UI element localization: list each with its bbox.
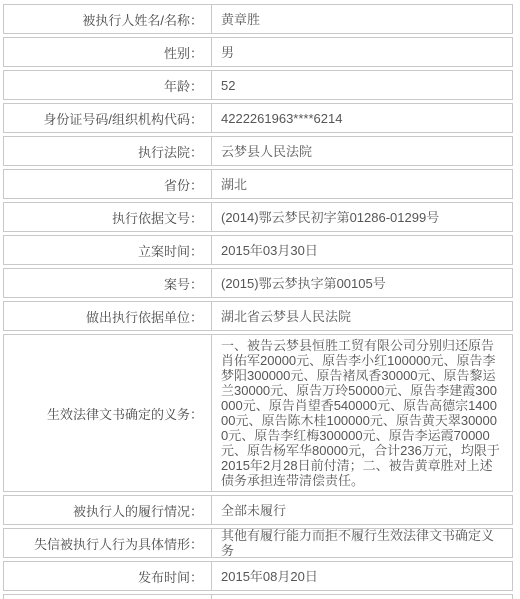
row-value: 其他有履行能力而拒不履行生效法律文书确定义务 bbox=[212, 529, 512, 557]
table-row-gender: 性别： 男 bbox=[3, 37, 513, 67]
row-value: 男 bbox=[212, 38, 512, 66]
row-value: 2015年08月20日 bbox=[212, 562, 512, 573]
row-label: 做出执行依据单位： bbox=[4, 302, 212, 330]
table-row-obligations: 生效法律文书确定的义务： 一、被告云梦县恒胜工贸有限公司分别归还原告肖佑军200… bbox=[3, 334, 513, 492]
row-label: 发布时间： bbox=[4, 562, 212, 573]
table-row-filing-date: 立案时间： 2015年03月30日 bbox=[3, 235, 513, 265]
row-label: 执行依据文号： bbox=[4, 203, 212, 231]
row-value: 湖北省云梦县人民法院 bbox=[212, 302, 512, 330]
row-label: 性别： bbox=[4, 38, 212, 66]
table-row-performance-status: 被执行人的履行情况： 全部未履行 bbox=[3, 495, 513, 525]
row-value: 黄章胜 bbox=[212, 5, 512, 33]
row-value: 52 bbox=[212, 71, 512, 99]
table-row-id-number: 身份证号码/组织机构代码： 4222261963****6214 bbox=[3, 103, 513, 133]
row-value: 云梦县人民法院 bbox=[212, 137, 512, 165]
row-label: 被执行人姓名/名称： bbox=[4, 5, 212, 33]
table-row-dishonest-conduct: 失信被执行人行为具体情形： 其他有履行能力而拒不履行生效法律文书确定义务 bbox=[3, 528, 513, 558]
row-label: 身份证号码/组织机构代码： bbox=[4, 104, 212, 132]
row-label: 生效法律文书确定的义务： bbox=[4, 335, 212, 491]
row-value: 2015年03月30日 bbox=[212, 236, 512, 264]
table-row-case-number: 案号： (2015)鄂云梦执字第00105号 bbox=[3, 268, 513, 298]
row-label: 案号： bbox=[4, 269, 212, 297]
row-value: 湖北 bbox=[212, 170, 512, 198]
row-label: 年龄： bbox=[4, 71, 212, 99]
table-row-basis-doc-number: 执行依据文号： (2014)鄂云梦民初字第01286-01299号 bbox=[3, 202, 513, 232]
table-row-publish-date: 发布时间： 2015年08月20日 bbox=[3, 561, 513, 573]
row-label: 被执行人的履行情况： bbox=[4, 496, 212, 524]
table-row-basis-issuing-unit: 做出执行依据单位： 湖北省云梦县人民法院 bbox=[3, 301, 513, 331]
table-row-age: 年龄： 52 bbox=[3, 70, 513, 100]
row-value: 4222261963****6214 bbox=[212, 104, 512, 132]
row-label: 失信被执行人行为具体情形： bbox=[4, 529, 212, 557]
table-row-court: 执行法院： 云梦县人民法院 bbox=[3, 136, 513, 166]
row-value: 一、被告云梦县恒胜工贸有限公司分别归还原告肖佑军20000元、原告李小红1000… bbox=[212, 335, 512, 491]
row-value: 全部未履行 bbox=[212, 496, 512, 524]
row-value: (2014)鄂云梦民初字第01286-01299号 bbox=[212, 203, 512, 231]
debtor-record-table: 被执行人姓名/名称： 黄章胜 性别： 男 年龄： 52 身份证号码/组织机构代码… bbox=[3, 4, 513, 573]
row-label: 执行法院： bbox=[4, 137, 212, 165]
row-label: 省份： bbox=[4, 170, 212, 198]
table-row-province: 省份： 湖北 bbox=[3, 169, 513, 199]
row-label: 立案时间： bbox=[4, 236, 212, 264]
row-value: (2015)鄂云梦执字第00105号 bbox=[212, 269, 512, 297]
table-row-name: 被执行人姓名/名称： 黄章胜 bbox=[3, 4, 513, 34]
